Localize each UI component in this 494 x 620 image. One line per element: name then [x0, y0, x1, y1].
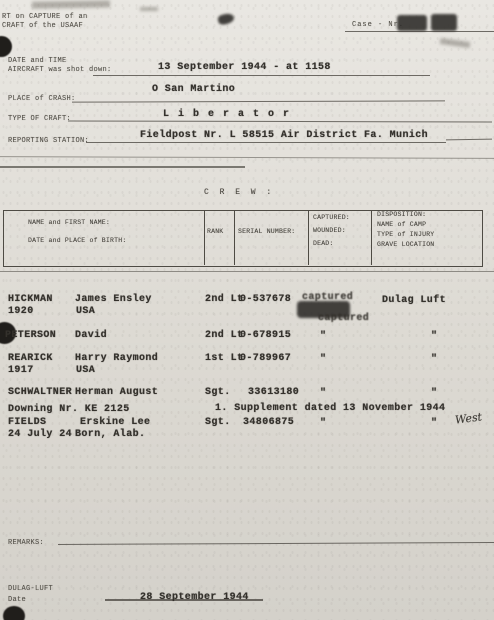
crew-row-firstname: David: [75, 330, 107, 341]
crew-row-rank: 2nd Lt: [205, 330, 243, 341]
date-label: Date: [8, 596, 26, 605]
table-column-divider: [234, 210, 235, 265]
crew-row-rank: 1st Lt: [205, 353, 243, 364]
handwritten-annotation: West: [454, 410, 482, 426]
date-time-label-line2: AIRCRAFT was shot down:: [8, 66, 112, 75]
ink-smudge: [32, 0, 110, 8]
crew-row-firstname: Erskine Lee: [80, 417, 150, 428]
crew-row-rank: Sgt.: [205, 387, 231, 398]
crew-row-disposition-ditto: ": [431, 418, 437, 429]
ruled-line: [446, 139, 492, 141]
crew-row-name: SCHWALTNER: [8, 387, 72, 398]
ruled-line: [0, 166, 245, 168]
crew-heading: C R E W :: [204, 188, 274, 197]
hole-punch: [3, 606, 25, 620]
col-disposition-header-line2: NAME of CAMP: [377, 221, 426, 229]
ruled-line: [68, 120, 492, 122]
crew-row-rank: Sgt.: [205, 417, 231, 428]
supplement-note: 1. Supplement dated 13 November 1944: [215, 403, 445, 414]
ink-mark: [217, 12, 235, 26]
crew-row-serial: 33613180: [248, 387, 299, 398]
crew-row-firstname: James Ensley: [75, 294, 152, 305]
crew-row-serial: 0-678915: [240, 330, 291, 341]
crew-row-captured-ditto: ": [320, 354, 326, 365]
date-time-label-line1: DATE and TIME: [8, 57, 67, 66]
reporting-station-value: Fieldpost Nr. L 58515 Air District Fa. M…: [140, 130, 428, 141]
form-title-line2: CRAFT of the USAAF: [2, 22, 83, 31]
date-time-value: 13 September 1944 - at 1158: [158, 62, 331, 73]
crew-row-disposition-ditto: ": [431, 354, 437, 365]
crew-row-nationality: USA: [76, 365, 95, 376]
col-name-header-line2: DATE and PLACE of BIRTH:: [28, 237, 126, 245]
col-name-header-line1: NAME and FIRST NAME:: [28, 219, 110, 227]
crew-row-name: PETERSON: [5, 330, 56, 341]
crew-row-birthyear: 1920: [8, 306, 34, 317]
crew-row-firstname: Herman August: [75, 387, 158, 398]
col-disposition-header-line3: TYPE of INJURY: [377, 231, 434, 239]
reporting-station-label: REPORTING STATION:: [8, 137, 89, 146]
col-status-header-captured: CAPTURED:: [313, 214, 350, 222]
crew-row-captured-ditto: ": [320, 418, 326, 429]
col-disposition-header-line1: DISPOSITION:: [377, 211, 426, 219]
crew-row-nationality: USA: [76, 306, 95, 317]
crew-row-name: REARICK: [8, 353, 53, 364]
crew-row-serial: 0-537678: [240, 294, 291, 305]
footer-date-value: 28 September 1944: [140, 592, 249, 603]
ruled-line: [86, 142, 446, 143]
table-column-divider: [204, 210, 205, 265]
col-disposition-header-line4: GRAVE LOCATION: [377, 241, 434, 249]
ink-smudge: [140, 7, 158, 11]
remarks-label: REMARKS:: [8, 539, 44, 548]
crew-row-firstname: Harry Raymond: [75, 353, 158, 364]
col-status-header-wounded: WOUNDED:: [313, 227, 346, 235]
table-column-divider: [371, 210, 372, 265]
place-of-crash-label: PLACE of CRASH:: [8, 95, 76, 104]
downing-reference: Downing Nr. KE 2125: [8, 404, 130, 415]
scanned-capture-report: RT on CAPTURE of an CRAFT of the USAAF C…: [0, 0, 494, 620]
crew-row-disposition-ditto: ": [431, 388, 437, 399]
case-number-line: [345, 31, 494, 32]
ruled-line: [72, 100, 445, 102]
crew-row-captured-ditto: ": [320, 388, 326, 399]
crew-row-disposition: Dulag Luft: [382, 295, 446, 306]
form-title-line1: RT on CAPTURE of an: [2, 13, 88, 22]
case-number-stamp: [431, 14, 457, 31]
col-serial-header: SERIAL NUMBER:: [238, 228, 295, 236]
crew-row-name: FIELDS: [8, 417, 46, 428]
type-of-craft-value: L i b e r a t o r: [163, 109, 291, 120]
crew-row-serial: 34806875: [243, 417, 294, 428]
crew-row-birthyear: 1917: [8, 365, 34, 376]
crew-row-birthplace: Born, Alab.: [75, 429, 145, 440]
col-rank-header: RANK: [207, 228, 223, 236]
crew-row-rank: 2nd Lt: [205, 294, 243, 305]
ruled-line: [0, 156, 494, 159]
crew-row-serial: 0-789967: [240, 353, 291, 364]
dulag-luft-label: DULAG-LUFT: [8, 585, 53, 594]
case-number-stamp: [397, 15, 427, 31]
crew-row-disposition-ditto: ": [431, 331, 437, 342]
crew-row-captured-ditto: ": [320, 331, 326, 342]
ink-smudge: [440, 38, 471, 48]
table-column-divider: [308, 210, 309, 265]
col-status-header-dead: DEAD:: [313, 240, 334, 248]
ruled-line: [0, 271, 494, 272]
hole-punch: [0, 36, 12, 57]
type-of-craft-label: TYPE OF CRAFT:: [8, 115, 71, 124]
crew-row-birthdate: 24 July 24: [8, 429, 72, 440]
crew-row-captured-status: captured: [318, 313, 369, 324]
remarks-line: [58, 542, 494, 545]
place-of-crash-value: O San Martino: [152, 84, 235, 95]
crew-row-name: HICKMAN: [8, 294, 53, 305]
ruled-line: [93, 75, 430, 76]
